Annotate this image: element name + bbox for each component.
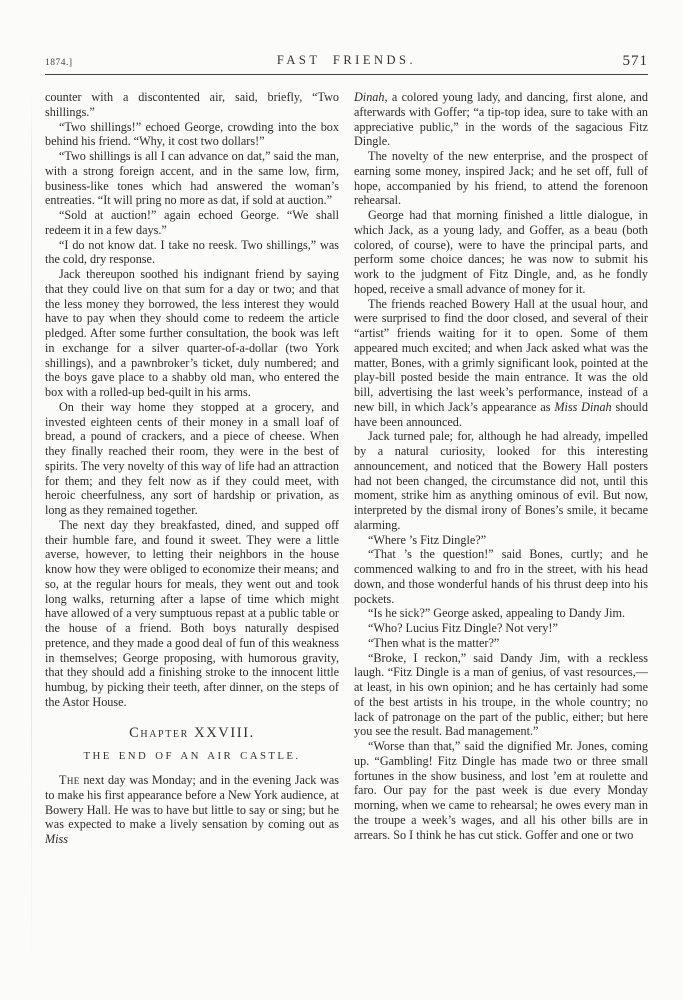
body-text: Jack thereupon soothed his indignant fri… bbox=[45, 267, 339, 399]
body-text: “Worse than that,” said the dignified Mr… bbox=[354, 739, 648, 842]
text-columns: counter with a discontented air, said, b… bbox=[45, 90, 648, 847]
running-head-title: FAST FRIENDS. bbox=[45, 53, 648, 68]
body-text: “Who? Lucius Fitz Dingle? Not very!” bbox=[368, 621, 558, 635]
paragraph: George had that morning finished a littl… bbox=[354, 208, 648, 297]
body-text: The friends reached Bowery Hall at the u… bbox=[354, 297, 648, 414]
italic-text: Miss bbox=[45, 832, 68, 846]
book-page: 1874.] FAST FRIENDS. 571 counter with a … bbox=[0, 0, 683, 1000]
left-column: counter with a discontented air, said, b… bbox=[45, 90, 339, 847]
paragraph: The next day was Monday; and in the even… bbox=[45, 773, 339, 847]
paragraph: “Two shillings!” echoed George, crowding… bbox=[45, 120, 339, 150]
body-text: Jack turned pale; for, although he had a… bbox=[354, 429, 648, 532]
right-column: Dinah, a colored young lady, and dancing… bbox=[354, 90, 648, 847]
chapter-heading: Chapter XXVIII. bbox=[45, 726, 339, 741]
body-text: The next day they breakfasted, dined, an… bbox=[45, 518, 339, 709]
paragraph: “Then what is the matter?” bbox=[354, 636, 648, 651]
paragraph: “Where ’s Fitz Dingle?” bbox=[354, 533, 648, 548]
paragraph: “Broke, I reckon,” said Dandy Jim, with … bbox=[354, 651, 648, 740]
body-text: “Sold at auction!” again echoed George. … bbox=[45, 208, 339, 237]
paragraph: “Who? Lucius Fitz Dingle? Not very!” bbox=[354, 621, 648, 636]
chapter-subtitle: THE END OF AN AIR CASTLE. bbox=[45, 749, 339, 764]
scan-gutter-shadow bbox=[31, 95, 32, 975]
body-text: “Two shillings is all I can advance on d… bbox=[45, 149, 339, 207]
body-text: next day was Monday; and in the evening … bbox=[45, 773, 339, 831]
body-text: “Two shillings!” echoed George, crowding… bbox=[45, 120, 339, 149]
paragraph: “Worse than that,” said the dignified Mr… bbox=[354, 739, 648, 842]
header-rule bbox=[45, 74, 648, 75]
body-text: “Is he sick?” George asked, appealing to… bbox=[368, 606, 625, 620]
page-number: 571 bbox=[623, 53, 649, 70]
italic-text: Miss Dinah bbox=[554, 400, 611, 414]
paragraph: “Sold at auction!” again echoed George. … bbox=[45, 208, 339, 238]
body-text: counter with a discontented air, said, b… bbox=[45, 90, 339, 119]
paragraph: The novelty of the new enterprise, and t… bbox=[354, 149, 648, 208]
body-text: On their way home they stopped at a groc… bbox=[45, 400, 339, 517]
paragraph: The next day they breakfasted, dined, an… bbox=[45, 518, 339, 710]
paragraph: “That ’s the question!” said Bones, curt… bbox=[354, 547, 648, 606]
italic-text: Dinah bbox=[354, 90, 384, 104]
body-text: , a colored young lady, and dancing, fir… bbox=[354, 90, 648, 148]
body-text: George had that morning finished a littl… bbox=[354, 208, 648, 296]
paragraph: “Is he sick?” George asked, appealing to… bbox=[354, 606, 648, 621]
paragraph: Jack thereupon soothed his indignant fri… bbox=[45, 267, 339, 400]
paragraph: The friends reached Bowery Hall at the u… bbox=[354, 297, 648, 430]
body-text: “That ’s the question!” said Bones, curt… bbox=[354, 547, 648, 605]
paragraph: counter with a discontented air, said, b… bbox=[45, 90, 339, 120]
body-text: “Broke, I reckon,” said Dandy Jim, with … bbox=[354, 651, 648, 739]
paragraph: Jack turned pale; for, although he had a… bbox=[354, 429, 648, 532]
paragraph: Dinah, a colored young lady, and dancing… bbox=[354, 90, 648, 149]
body-text: “Then what is the matter?” bbox=[368, 636, 499, 650]
page-header: 1874.] FAST FRIENDS. 571 bbox=[45, 50, 648, 70]
small-caps-text: The bbox=[59, 773, 80, 787]
paragraph: “I do not know dat. I take no reesk. Two… bbox=[45, 238, 339, 268]
body-text: “Where ’s Fitz Dingle?” bbox=[368, 533, 486, 547]
paragraph: “Two shillings is all I can advance on d… bbox=[45, 149, 339, 208]
body-text: “I do not know dat. I take no reesk. Two… bbox=[45, 238, 339, 267]
body-text: The novelty of the new enterprise, and t… bbox=[354, 149, 648, 207]
paragraph: On their way home they stopped at a groc… bbox=[45, 400, 339, 518]
